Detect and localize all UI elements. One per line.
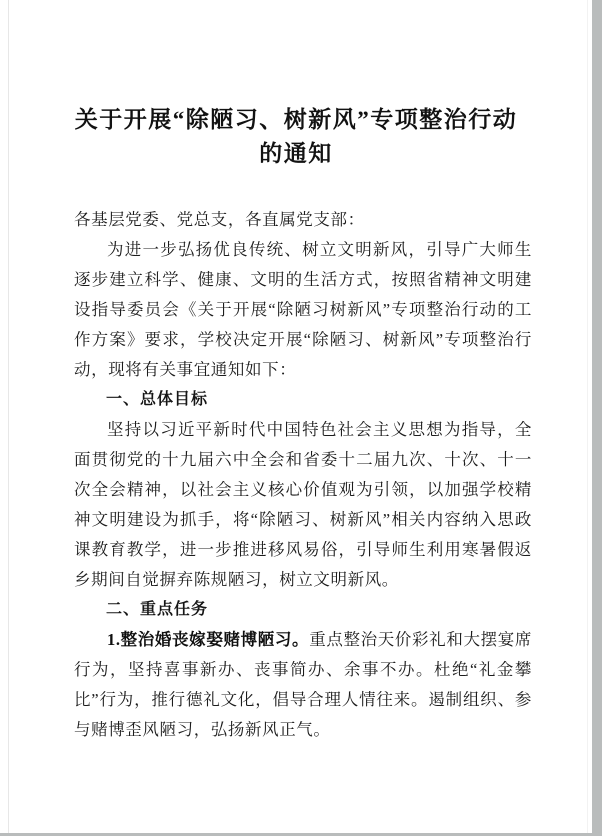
paragraph-list: 为进一步弘扬优良传统、树立文明新风，引导广大师生逐步建立科学、健康、文明的生活方…: [74, 235, 532, 745]
salutation-line: 各基层党委、党总支，各直属党支部：: [74, 205, 532, 235]
document-body: 各基层党委、党总支，各直属党支部： 为进一步弘扬优良传统、树立文明新风，引导广大…: [74, 205, 532, 745]
section-heading: 二、重点任务: [74, 595, 532, 625]
document-title-line-2: 的通知: [0, 137, 592, 171]
document-page: 关于开展“除陋习、树新风”专项整治行动 的通知 各基层党委、党总支，各直属党支部…: [0, 0, 592, 833]
paragraph: 1.整治婚丧嫁娶赌博陋习。重点整治天价彩礼和大摆宴席行为，坚持喜事新办、丧事简办…: [74, 625, 532, 745]
section-heading: 一、总体目标: [74, 385, 532, 415]
paragraph-bold-lead: 1.整治婚丧嫁娶赌博陋习。: [107, 630, 309, 649]
document-title-line-1: 关于开展“除陋习、树新风”专项整治行动: [0, 103, 592, 137]
document-viewer: { "page": { "background_color": "#b9bcbc…: [0, 0, 602, 836]
paragraph: 为进一步弘扬优良传统、树立文明新风，引导广大师生逐步建立科学、健康、文明的生活方…: [74, 235, 532, 385]
document-title: 关于开展“除陋习、树新风”专项整治行动 的通知: [0, 103, 592, 171]
paragraph: 坚持以习近平新时代中国特色社会主义思想为指导，全面贯彻党的十九届六中全会和省委十…: [74, 415, 532, 595]
